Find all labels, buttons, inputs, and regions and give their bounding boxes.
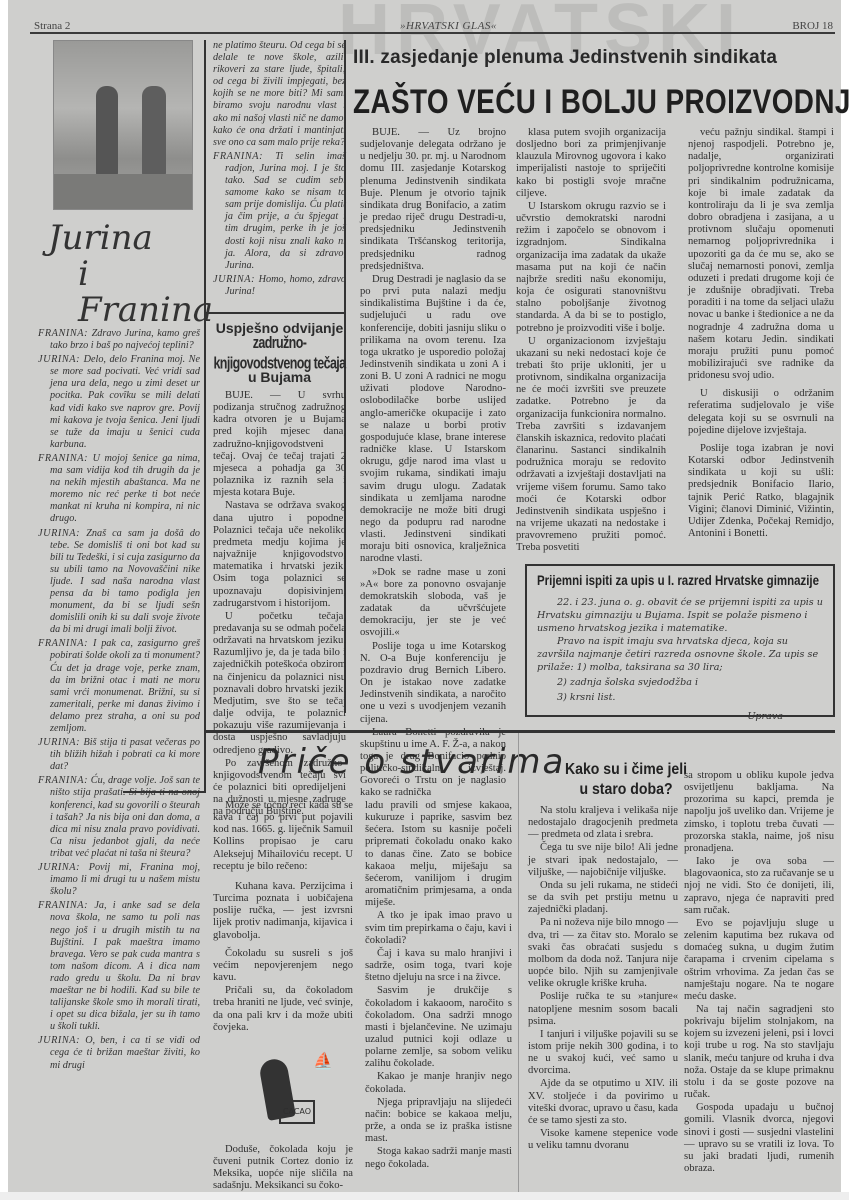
newspaper-name: »HRVATSKI GLAS«	[400, 20, 497, 32]
admission-exam-notice: Prijemni ispiti za upis u I. razred Hrva…	[525, 564, 835, 717]
column-divider	[518, 733, 519, 1193]
figure-jurina	[96, 86, 118, 176]
figure-franina	[142, 86, 166, 176]
ship-icon: ⛵	[313, 1056, 333, 1068]
article-headline: ZAŠTO VEĆU I BOLJU PROIZVODNJU	[353, 82, 747, 122]
scan-margin-left	[0, 0, 8, 1200]
jurina-franina-column: Jurina i Franina FRANINA: Zdravo Jurina,…	[38, 40, 200, 1074]
scan-margin-right	[841, 0, 849, 1200]
dialog-line: FRANINA: Ja, i anke sad se dela nova ško…	[38, 900, 200, 1033]
dialog-line: FRANINA: Ću, drage volje. Još san te niš…	[38, 775, 200, 860]
newspaper-page: HRVATSKI Strana 2 »HRVATSKI GLAS« BROJ 1…	[8, 0, 841, 1192]
section-divider	[123, 791, 206, 793]
main-article-column-1: BUJE. — Uz brojno sudjelovanje delegata …	[360, 127, 506, 801]
section-divider	[206, 730, 835, 733]
dialog: FRANINA: Zdravo Jurina, kamo greš tako b…	[38, 328, 200, 1072]
scan-margin-bottom	[0, 1192, 849, 1200]
main-article-column-2: klasa putem svojih organizacija dosljedn…	[516, 127, 666, 555]
page-header: Strana 2 »HRVATSKI GLAS« BROJ 18	[30, 16, 835, 34]
dialog-line: ne platimo šteuru. Od cega bi se delale …	[213, 40, 346, 149]
dialog-line: FRANINA: U mojoj šenice ga nima, ma sam …	[38, 453, 200, 526]
dialog-line: FRANINA: Zdravo Jurina, kamo greš tako b…	[38, 328, 200, 352]
dialog-line: JURINA: O, ben, i ca ti se vidi od cega …	[38, 1035, 200, 1071]
kako-column-1: Na stolu kraljeva i velikaša nije nedost…	[528, 805, 678, 1153]
price-column-2: ladu pravili od smjese kakaoa, kukuruze …	[365, 800, 512, 1172]
main-article-column-3: veću pažnju sindikal. štampi i njenoj ra…	[688, 127, 834, 541]
dialog-line: JURINA: Homo, homo, zdravo Jurina!	[213, 274, 346, 298]
cacao-illustration: CACAO ⛵	[243, 1044, 333, 1134]
jurina-franina-title: Jurina i Franina	[38, 220, 200, 328]
dialog-line: FRANINA: I pak ca, zasigurno greš pobira…	[38, 638, 200, 735]
price-column-1: Može se točno reći kada su se kava i čaj…	[213, 800, 353, 1193]
article-kicker: III. zasjedanje plenuma Jedinstvenih sin…	[353, 47, 833, 69]
section-divider	[206, 312, 344, 314]
illustration-ground	[54, 174, 192, 209]
notice-signature: Uprava	[537, 710, 823, 723]
notice-body: 22. i 23. juna o. g. obavit će se prijem…	[537, 596, 823, 723]
kako-su-jeli-title: Kako su i čime jeli u staro doba?	[564, 760, 687, 800]
issue-number: BROJ 18	[792, 20, 833, 32]
kako-column-2: sa stropom u obliku kupole jedva osvijet…	[684, 770, 834, 1176]
dialog-line: JURINA: Povij mi, Franina moj, imamo li …	[38, 862, 200, 898]
page-number: Strana 2	[34, 20, 70, 32]
dialog-continuation: ne platimo šteuru. Od cega bi se delale …	[213, 40, 346, 298]
jurina-franina-illustration	[53, 40, 193, 210]
notice-title: Prijemni ispiti za upis u I. razred Hrva…	[537, 572, 824, 588]
dialog-line: JURINA: Znaš ca sam ja došâ do tebe. Se …	[38, 528, 200, 637]
column-divider	[204, 40, 206, 792]
dialog-line: JURINA: Delo, delo Franina moj. Ne se mo…	[38, 354, 200, 451]
column-2: ne platimo šteuru. Od cega bi se delale …	[213, 40, 346, 300]
cacao-box: CACAO	[279, 1100, 315, 1124]
uspjesno-headline: Uspješno odvijanje zadružno-knjigovodstv…	[213, 320, 346, 386]
price-o-stvarima-title: Priče o stvarima	[258, 742, 565, 782]
dialog-line: JURINA: Biš stija ti pasat večeras po ti…	[38, 737, 200, 773]
dialog-line: FRANINA: Ti selin imaš radjon, Jurina mo…	[213, 151, 346, 272]
